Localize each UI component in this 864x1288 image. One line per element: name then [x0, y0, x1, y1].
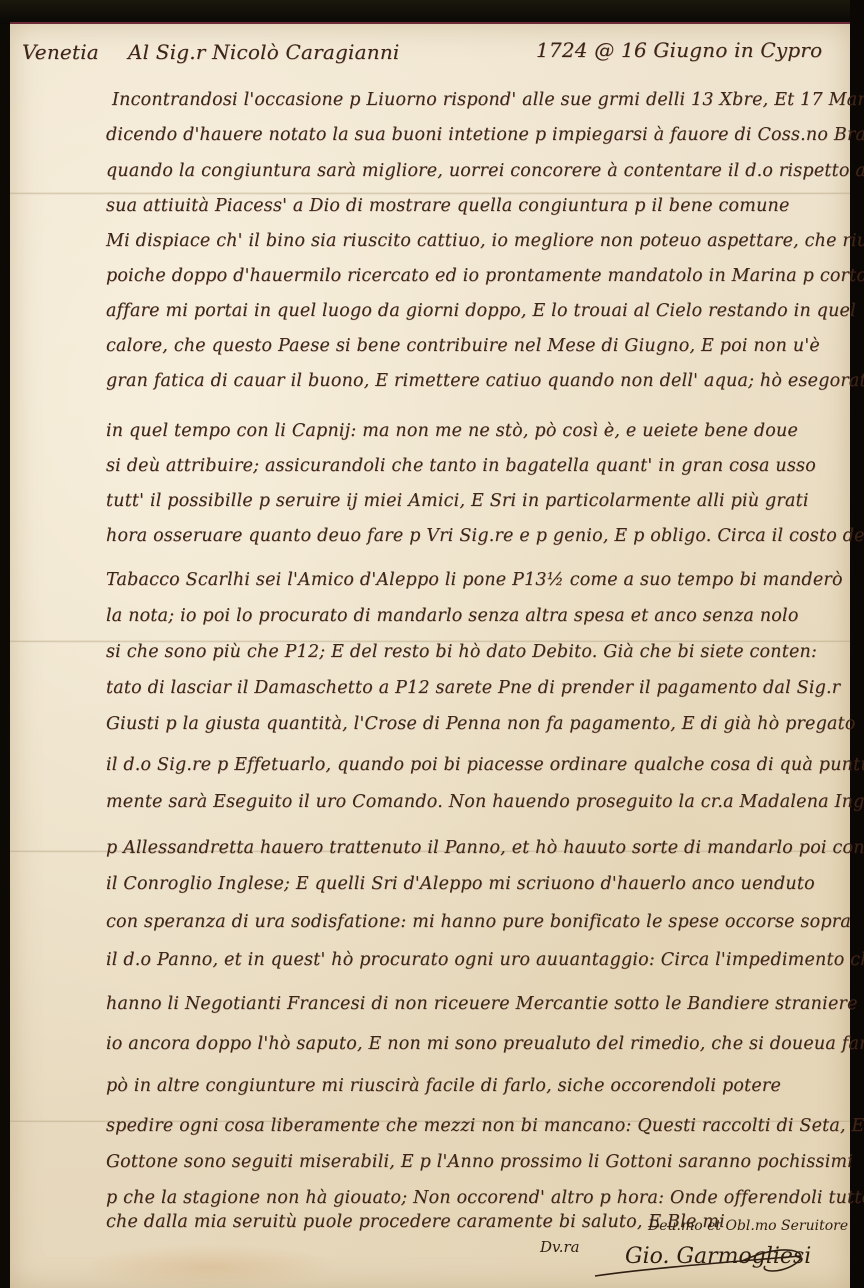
body-line: Gottone sono seguiti miserabili, E p l'A… — [106, 1152, 853, 1172]
body-line: pò in altre congiunture mi riuscirà faci… — [106, 1076, 781, 1096]
body-line: Incontrandosi l'occasione p Liuorno risp… — [112, 90, 864, 110]
letter-place: Venetia — [22, 40, 99, 64]
body-line: si che sono più che P12; E del resto bi … — [106, 642, 817, 662]
body-line: spedire ogni cosa liberamente che mezzi … — [106, 1116, 864, 1136]
body-line: dicendo d'hauere notato la sua buoni int… — [106, 125, 864, 145]
body-line: hora osseruare quanto deuo fare p Vri Si… — [106, 526, 864, 546]
body-line: hanno li Negotianti Francesi di non rice… — [106, 994, 858, 1014]
body-line: il d.o Sig.re p Effetuarlo, quando poi b… — [106, 755, 864, 775]
body-line: p che la stagione non hà giouato; Non oc… — [106, 1188, 864, 1208]
body-line: poiche doppo d'hauermilo ricercato ed io… — [106, 266, 864, 286]
body-line: tutt' il possibille p seruire ij miei Am… — [106, 491, 809, 511]
body-line: tato di lasciar il Damaschetto a P12 sar… — [106, 678, 840, 698]
letter-date: 1724 @ 16 Giugno in Cypro — [536, 38, 822, 62]
body-line: con speranza di ura sodisfatione: mi han… — [106, 912, 851, 932]
body-line: che dalla mia seruitù puole procedere ca… — [106, 1212, 725, 1232]
paper-fold — [10, 192, 850, 195]
body-line: p Allessandretta hauero trattenuto il Pa… — [106, 838, 864, 858]
body-line: Tabacco Scarlhi sei l'Amico d'Aleppo li … — [106, 570, 843, 590]
body-line: si deù attribuire; assicurandoli che tan… — [106, 456, 816, 476]
signature-flourish-icon — [590, 1232, 820, 1282]
body-line: quando la congiuntura sarà migliore, uor… — [106, 161, 864, 181]
scan-border-top — [0, 0, 864, 24]
body-line: la nota; io poi lo procurato di mandarlo… — [106, 606, 799, 626]
body-line: sua attiuità Piacess' a Dio di mostrare … — [106, 196, 790, 216]
scan-border-right — [850, 0, 864, 1288]
body-line: io ancora doppo l'hò saputo, E non mi so… — [106, 1034, 864, 1054]
body-line: il d.o Panno, et in quest' hò procurato … — [106, 950, 864, 970]
body-line: gran fatica di cauar il buono, E rimette… — [106, 371, 864, 391]
body-line: affare mi portai in quel luogo da giorni… — [106, 301, 856, 321]
body-line: il Conroglio Inglese; E quelli Sri d'Ale… — [106, 874, 815, 894]
body-line: mente sarà Eseguito il uro Comando. Non … — [106, 792, 864, 812]
letter-addressee: Al Sig.r Nicolò Caragianni — [128, 40, 400, 64]
body-line: calore, che questo Paese si bene contrib… — [106, 336, 820, 356]
closing-formula: Dv.ra — [540, 1238, 580, 1256]
body-line: in quel tempo con li Capnij: ma non me n… — [106, 421, 798, 441]
body-line: Giusti p la giusta quantità, l'Crose di … — [106, 714, 856, 734]
paper-stain — [80, 1244, 340, 1288]
body-line: Mi dispiace ch' il bino sia riuscito cat… — [106, 231, 864, 251]
